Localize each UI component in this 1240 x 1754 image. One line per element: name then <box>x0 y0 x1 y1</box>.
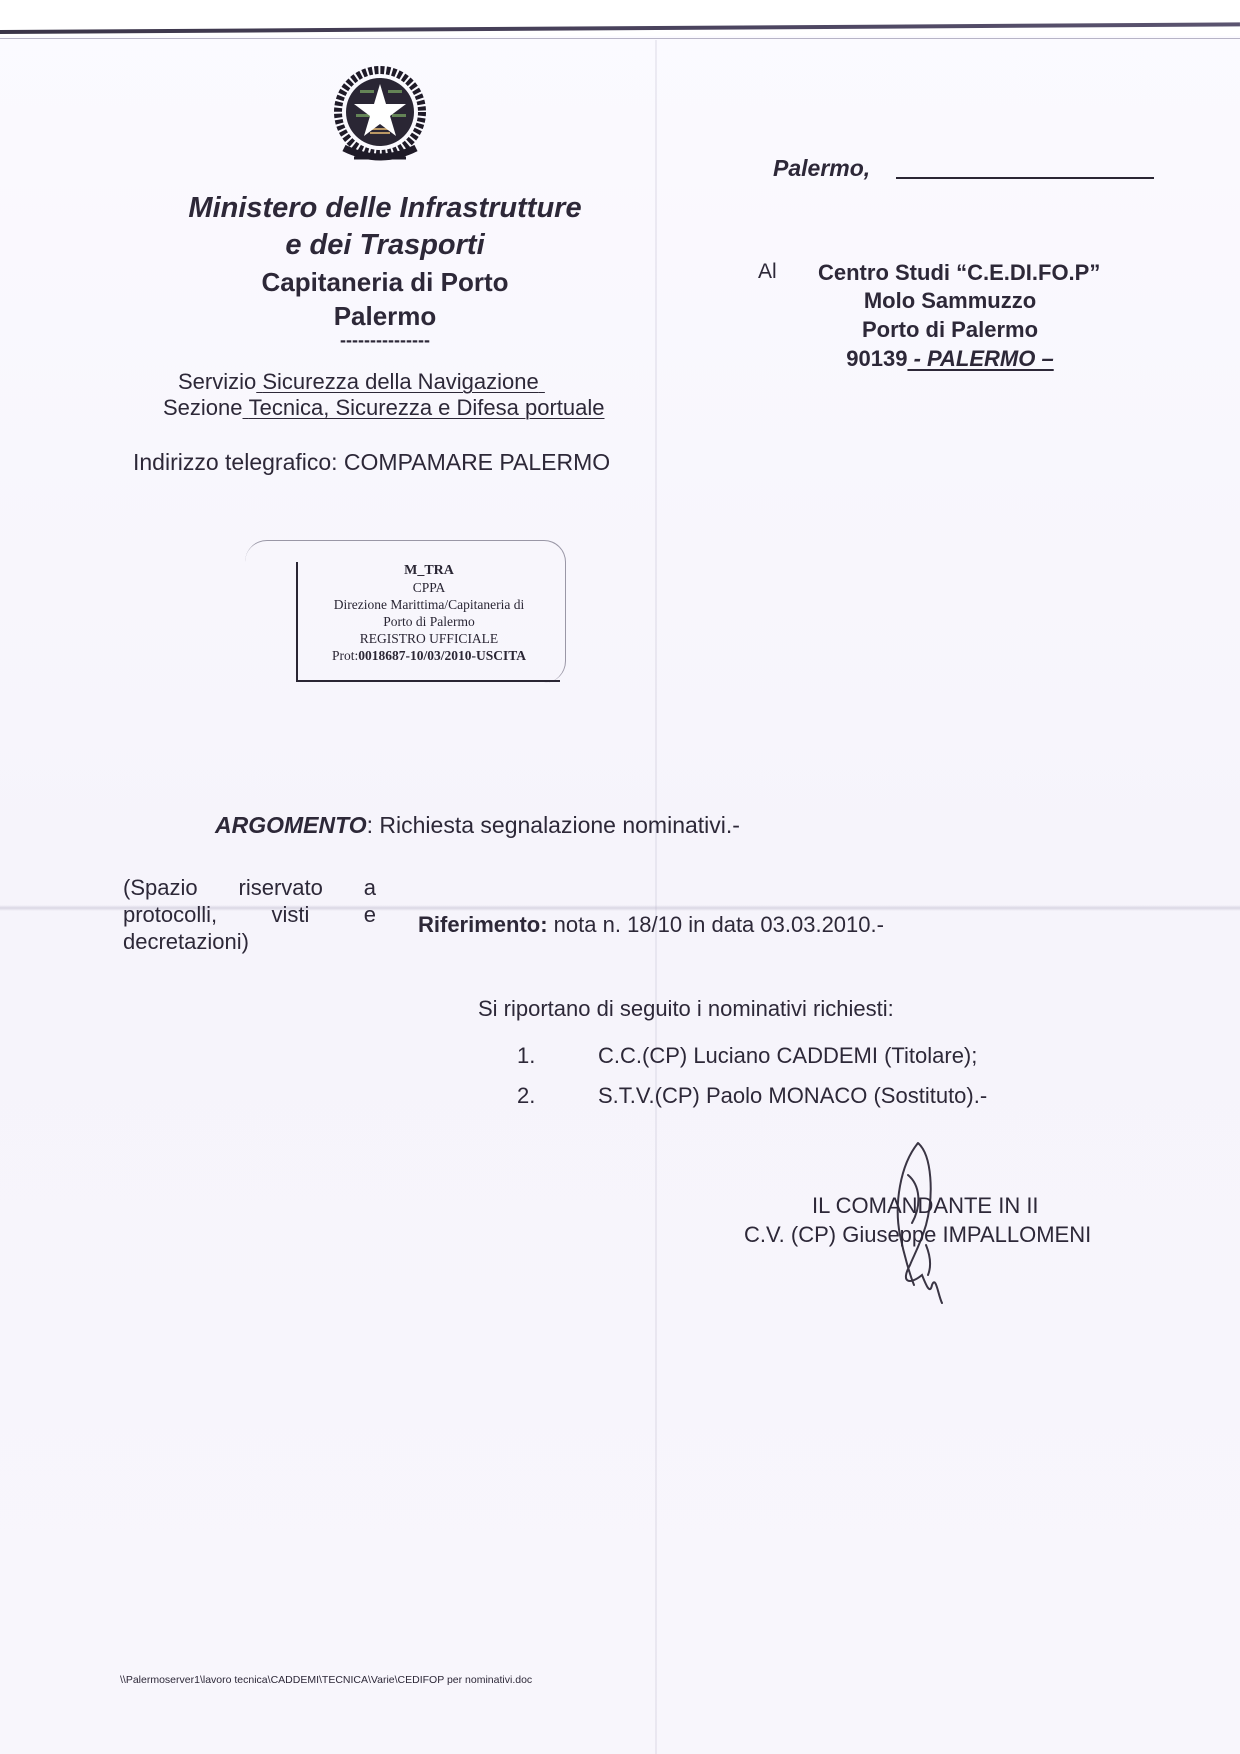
service-value: Sicurezza della Navigazione <box>256 369 545 394</box>
stamp-office-line-1: Direzione Marittima/Capitaneria di <box>298 596 560 613</box>
recipient-line-2: Molo Sammuzzo <box>800 286 1100 315</box>
section-line: Sezione Tecnica, Sicurezza e Difesa port… <box>163 395 605 421</box>
document-page: Ministero delle Infrastrutture e dei Tra… <box>0 0 1240 1754</box>
stamp-office-line-2: Porto di Palermo <box>298 613 560 630</box>
place-date-label: Palermo, <box>773 155 870 182</box>
recipient-line-4: 90139 - PALERMO – <box>800 344 1100 373</box>
office-line-2: Palermo <box>140 299 630 333</box>
section-value: Tecnica, Sicurezza e Difesa portuale <box>243 395 605 420</box>
recipient-line-1: Centro Studi “C.E.DI.FO.P” <box>818 258 1148 287</box>
list-item-text: S.T.V.(CP) Paolo MONACO (Sostituto).- <box>598 1083 987 1109</box>
protocol-stamp: M_TRA CPPA Direzione Marittima/Capitaner… <box>296 562 560 682</box>
stamp-code: M_TRA <box>298 562 560 579</box>
ministry-name: Ministero delle Infrastrutture e dei Tra… <box>140 190 630 264</box>
list-item-number: 2. <box>517 1083 535 1109</box>
subject-label: ARGOMENTO <box>215 812 367 838</box>
telegraph-address: Indirizzo telegrafico: COMPAMARE PALERMO <box>133 449 610 476</box>
footer-file-path: \\Palermoserver1\lavoro tecnica\CADDEMI\… <box>120 1674 532 1686</box>
handwritten-signature-icon <box>870 1135 970 1305</box>
date-blank-line <box>896 177 1154 179</box>
ministry-line-2: e dei Trasporti <box>140 227 630 264</box>
subject-text: : Richiesta segnalazione nominativi.- <box>367 812 740 838</box>
subject-line: ARGOMENTO: Richiesta segnalazione nomina… <box>215 812 740 839</box>
recipient-line-3: Porto di Palermo <box>800 315 1100 344</box>
stamp-unit: CPPA <box>298 579 560 596</box>
recipient-prefix: Al <box>758 260 777 284</box>
recipient-city: - PALERMO – <box>907 346 1053 371</box>
paper-fold-vertical <box>655 40 657 1754</box>
reference-label: Riferimento: <box>418 912 548 937</box>
header-separator: --------------- <box>140 330 630 351</box>
service-line: Servizio Sicurezza della Navigazione <box>178 369 545 395</box>
recipient-postcode: 90139 <box>846 346 907 371</box>
stamp-register: REGISTRO UFFICIALE <box>298 630 560 647</box>
office-name: Capitaneria di Porto Palermo <box>140 265 630 333</box>
ministry-line-1: Ministero delle Infrastrutture <box>140 190 630 227</box>
signatory-name: C.V. (CP) Giuseppe IMPALLOMENI <box>744 1222 1091 1248</box>
list-item-number: 1. <box>517 1043 535 1069</box>
italian-republic-emblem-icon <box>330 62 430 174</box>
list-item-text: C.C.(CP) Luciano CADDEMI (Titolare); <box>598 1043 977 1069</box>
signatory-title: IL COMANDANTE IN II <box>812 1193 1039 1219</box>
office-line-1: Capitaneria di Porto <box>140 265 630 299</box>
service-label: Servizio <box>178 369 256 394</box>
section-label: Sezione <box>163 395 243 420</box>
reference-text: nota n. 18/10 in data 03.03.2010.- <box>548 912 884 937</box>
body-intro: Si riportano di seguito i nominativi ric… <box>478 996 894 1022</box>
reference-line: Riferimento: nota n. 18/10 in data 03.03… <box>418 912 884 938</box>
stamp-protocol-number: Prot:0018687-10/03/2010-USCITA <box>298 647 560 664</box>
scan-edge-line <box>0 38 1240 39</box>
reserved-space-note: (Spazio riservato a protocolli, visti e … <box>123 874 376 955</box>
